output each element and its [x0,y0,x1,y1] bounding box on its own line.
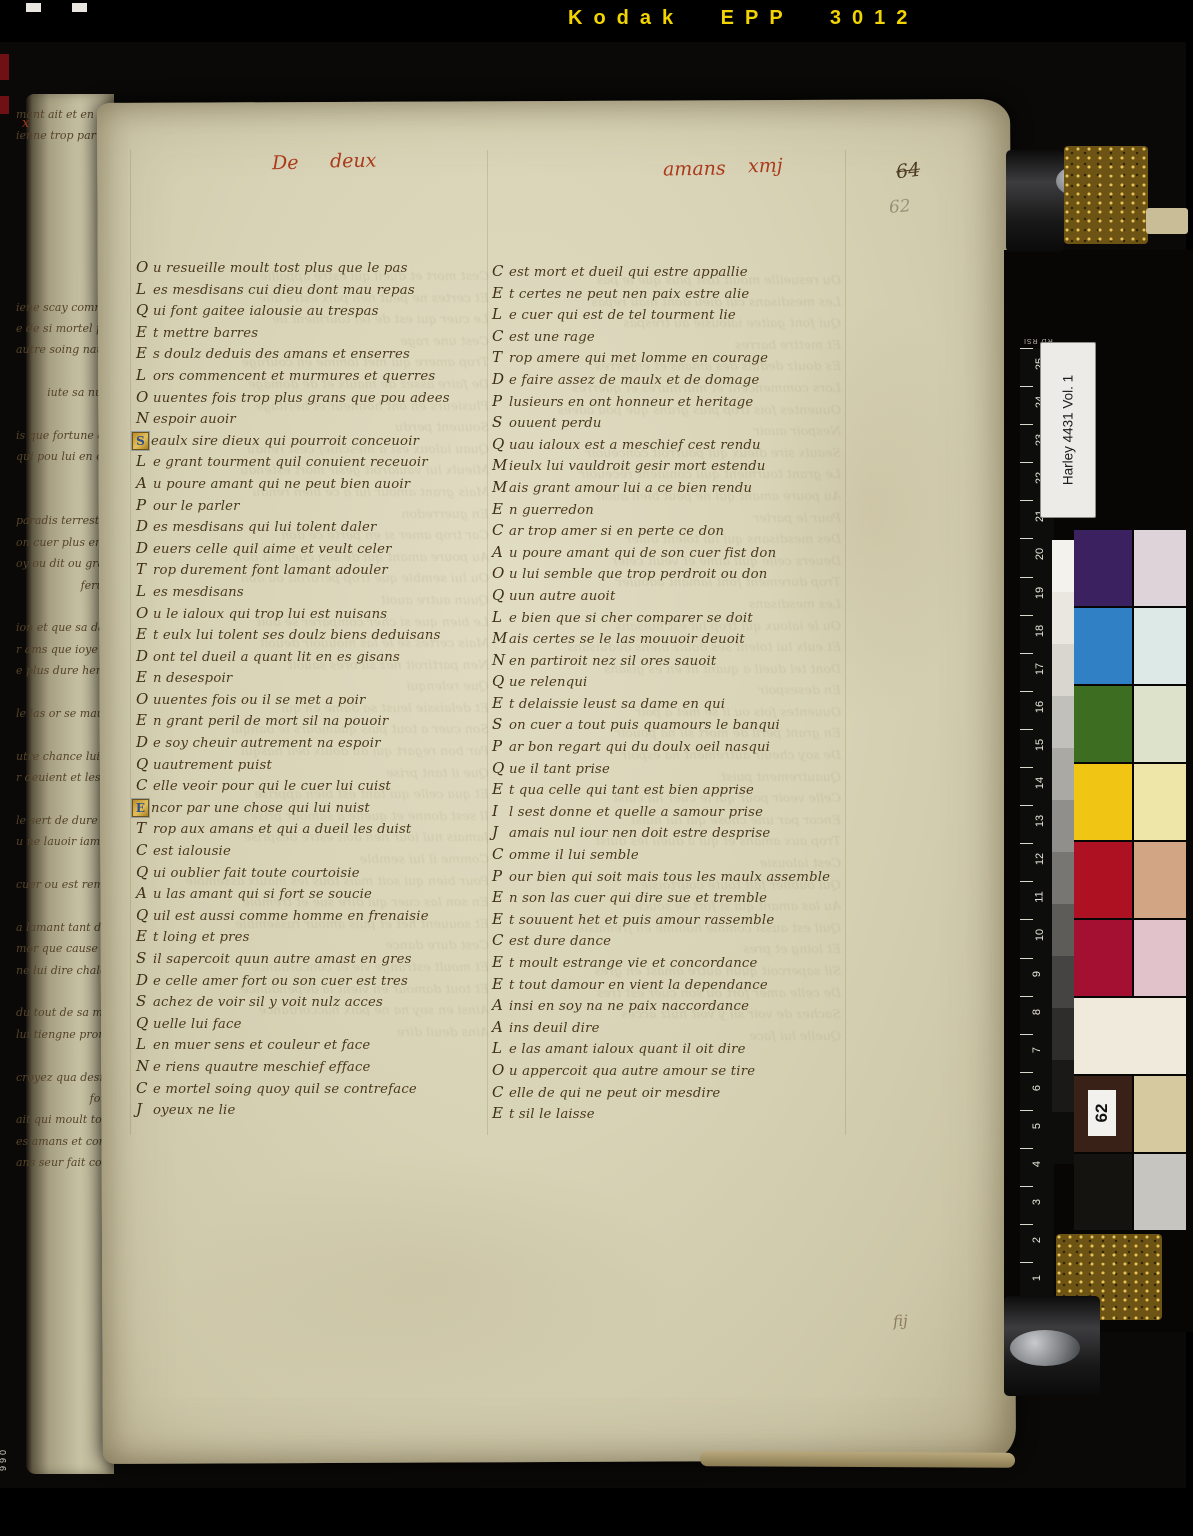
verse-text: uuentes fois ou il se met a poir [153,693,366,708]
verse-text: est mort et dueil qui estre appallie [509,265,748,280]
ruler-cell: 11 [1020,881,1054,919]
verse-initial: C [492,931,509,949]
running-header-word: xmj [748,155,783,178]
ruler-tick [1020,1262,1033,1263]
verse-initial: E [492,694,509,712]
grayscale-step [1052,956,1074,1008]
ruler-cell: 16 [1020,691,1054,729]
verse-text: our le parler [153,499,240,514]
verse-line: En grant peril de mort sil na pouoir [136,710,496,732]
verse-text: s doulz deduis des amans et enserres [153,347,410,362]
ruler-tick [1020,577,1033,578]
verse-line: Ainsi en soy na ne paix naccordance [492,995,852,1017]
verse-line: Pour bien qui soit mais tous les maulx a… [492,866,852,888]
verse-text: uelle lui face [153,1017,242,1032]
verse-initial: C [136,841,153,859]
verse-line: Le grant tourment quil conuient receuoir [136,451,496,473]
running-header-word: deux [330,150,377,173]
verse-text: t sil le laisse [509,1107,595,1122]
edge-fragment-line: qui pou lui en eschap [16,446,110,467]
verse-initial: E [136,668,153,686]
ruler-cell: 12 [1020,843,1054,881]
verse-initial: J [492,823,509,841]
edge-fragment-line: lui tiengne promis [16,1024,110,1045]
ruler-tick [1020,424,1033,425]
verse-initial: Q [136,906,153,924]
ruler-tick [1020,1110,1033,1111]
ruler-tick [1020,1224,1033,1225]
verse-initial: S [136,992,153,1010]
verse-line: Mais grant amour lui a ce bien rendu [492,477,852,499]
ruler-cell: 2 [1020,1224,1054,1262]
ruler-tick [1020,919,1033,920]
verse-line: Et certes ne peut nen paix estre alie [492,283,852,305]
verse-line: De faire assez de maulx et de domage [492,369,852,391]
page-corner-under-clamp [1146,208,1188,234]
verse-text: ar trop amer si en perte ce don [509,524,724,539]
ruler-tick [1020,348,1033,349]
ruler-cell: 7 [1020,1034,1054,1072]
color-patch-tint-purple [1134,530,1186,606]
verse-column-right: Cest mort et dueil qui estre appallieEt … [492,261,852,1131]
color-patch-tint-black [1134,1154,1186,1230]
ruler-cell: 13 [1020,805,1054,843]
verse-text: elle veoir pour qui le cuer lui cuist [153,779,391,794]
verse-text: uautrement puist [153,758,272,773]
ruler-tick [1020,958,1033,959]
ruler-cell: 3 [1020,1186,1054,1224]
verse-line: Nen partiroit nez sil ores sauoit [492,650,852,672]
verse-initial: C [492,262,509,280]
edge-fragment-line: iute sa nuit [16,382,110,403]
verse-text: uuentes fois trop plus grans que pou ade… [153,391,450,406]
verse-line: Cest ialousie [136,840,496,862]
verse-line: Joyeux ne lie [136,1099,496,1121]
verse-line: Sil sapercoit quun autre amast en gres [136,948,496,970]
verse-line: Es doulz deduis des amans et enserres [136,343,496,365]
ruler-tick [1020,843,1033,844]
verse-initial: S [136,949,153,967]
verse-line: Son cuer a tout puis quamours le banqui [492,714,852,736]
verse-text: e cuer qui est de tel tourment lie [509,308,736,323]
verse-initial: E [492,888,509,906]
verse-line: Il sest donne et quelle a samour prise [492,801,852,823]
verse-line: Celle veoir pour qui le cuer lui cuist [136,775,496,797]
ruler-tick [1020,996,1033,997]
ruler-cell: 4 [1020,1148,1054,1186]
verse-line: Au las amant qui si fort se soucie [136,883,496,905]
edge-fragment-line: mant ait et en fams [16,104,110,125]
verse-text: n guerredon [509,503,594,518]
verse-line: Le cuer qui est de tel tourment lie [492,304,852,326]
edge-fragment-line [16,489,110,510]
color-patch-row-brown: 62 [1074,1076,1186,1152]
verse-text: n son las cuer qui dire sue et tremble [509,891,767,906]
verse-line: Cest une rage [492,326,852,348]
verse-line: Que il tant prise [492,758,852,780]
verse-line: Jamais nul iour nen doit estre desprise [492,822,852,844]
illuminated-initial: E [132,799,149,817]
ruler-number: 11 [1034,892,1046,903]
verse-line: Que relenqui [492,671,852,693]
ruler-tick [1020,1148,1033,1149]
ruler-number: 13 [1034,815,1046,827]
edge-fragment-line [16,1045,110,1066]
verse-text: u resueille moult tost plus que le pas [153,261,408,276]
grayscale-step [1052,644,1074,696]
verse-text: t eulx lui tolent ses doulz biens deduis… [153,628,441,643]
verse-line: Celle de qui ne peut oir mesdire [492,1082,852,1104]
verse-initial: T [136,819,153,837]
color-patch-row-blue [1074,608,1186,684]
verse-line: Cest dure dance [492,930,852,952]
verse-text: u las amant qui si fort se soucie [153,887,372,902]
verse-initial: O [136,258,153,276]
verse-initial: Q [492,586,509,604]
verse-text: insi en soy na ne paix naccordance [509,999,749,1014]
verse-text: ais grant amour lui a ce bien rendu [509,481,752,496]
color-patch-row-white [1074,998,1186,1074]
verse-text: uau ialoux est a meschief cest rendu [509,438,761,453]
ruler-number: 1 [1031,1275,1043,1281]
grayscale-step [1052,696,1074,748]
verse-text: n desespoir [153,671,232,686]
verse-initial: S [492,413,509,431]
verse-line: Sachez de voir sil y voit nulz acces [136,991,496,1013]
verse-text: ins deuil dire [509,1021,600,1036]
verse-initial: T [136,560,153,578]
verse-line: En guerredon [492,499,852,521]
edge-fragment-line: es amans et conma [16,1131,110,1152]
verse-line: Souuent perdu [492,412,852,434]
shelfmark-label: Harley 4431 Vol. 1 [1040,342,1096,518]
verse-initial: C [136,1079,153,1097]
verse-initial: E [492,975,509,993]
verse-text: u le ialoux qui trop lui est nuisans [153,607,387,622]
edge-fragment-line: croyez qua desroy [16,1067,110,1088]
edge-fragment-line: ion et que sa dame si [16,617,110,638]
ruler-number: 17 [1034,663,1046,675]
verse-initial: S [492,715,509,733]
color-patch-row-green [1074,686,1186,762]
color-patch-row-black [1074,1154,1186,1230]
verse-text: es mesdisans cui dieu dont mau repas [153,283,415,298]
verse-line: Ouuentes fois ou il se met a poir [136,689,496,711]
ruler-cell: 18 [1020,615,1054,653]
ruler-number: 18 [1034,625,1046,637]
verse-line: En son las cuer qui dire sue et tremble [492,887,852,909]
edge-fragment-line [16,275,110,296]
ruler-cell: 5 [1020,1110,1054,1148]
verse-text: t certes ne peut nen paix estre alie [509,287,749,302]
verse-text: espoir auoir [153,412,236,427]
verse-line: Ne riens quautre meschief efface [136,1056,496,1078]
verse-line: Encor par une chose qui lui nuist [136,797,496,819]
registration-mark [72,3,87,12]
edge-fragment-line [16,789,110,810]
color-patch-tint-blue [1134,608,1186,684]
verse-line: Au poure amant qui de son cuer fist don [492,542,852,564]
running-header-word: De [272,152,299,174]
verse-initial: L [492,305,509,323]
verse-initial: O [492,1061,509,1079]
color-patch-yellow [1074,764,1132,840]
verse-text: ouuent perdu [509,416,602,431]
verse-line: Par bon regart qui du doulx oeil nasqui [492,736,852,758]
verse-line: Le las amant ialoux quant il oit dire [492,1038,852,1060]
ruler-number: 8 [1031,1009,1043,1015]
verse-line: Dont tel dueil a quant lit en es gisans [136,646,496,668]
color-patch-tint-green [1134,686,1186,762]
verse-initial: E [492,284,509,302]
verse-initial: E [136,625,153,643]
verse-text: t qua celle qui tant est bien apprise [509,783,754,798]
verse-text: eaulx sire dieux qui pourroit conceuoir [151,434,419,449]
verse-text: ue relenqui [509,675,587,690]
verse-text: es mesdisans qui lui tolent daler [153,520,377,535]
ruler-cell: 17 [1020,653,1054,691]
verse-initial: Q [492,672,509,690]
verse-initial: E [492,1104,509,1122]
edge-fragment-line: e de si mortel pointure [16,318,110,339]
verse-text: e soy cheuir autrement na espoir [153,736,381,751]
verse-line: Qui font gaitee ialousie au trespas [136,300,496,322]
ruler-cell: 20 [1020,538,1054,576]
edge-fragment-line: ne lui dire chalou [16,960,110,981]
verse-initial: L [136,280,153,298]
verse-initial: E [136,927,153,945]
edge-fragment-line [16,853,110,874]
verse-line: Au poure amant qui ne peut bien auoir [136,473,496,495]
verse-text: elle de qui ne peut oir mesdire [509,1086,720,1101]
verse-initial: M [492,478,509,496]
ruler-tick [1020,462,1033,463]
verse-line: Quau ialoux est a meschief cest rendu [492,434,852,456]
verse-text: e mortel soing quoy quil se contreface [153,1082,417,1097]
edge-fragment-line [16,254,110,275]
edge-fragment-line: fort [16,1088,110,1109]
verse-line: Comme il lui semble [492,844,852,866]
illuminated-initial: S [132,432,149,450]
verse-initial: O [492,564,509,582]
verse-line: Et delaissie leust sa dame en qui [492,693,852,715]
verse-text: ors commencent et murmures et querres [153,369,435,384]
verse-text: achez de voir sil y voit nulz acces [153,995,383,1010]
verse-initial: I [492,802,509,820]
edge-fragment-line: a lamant tant dalou [16,917,110,938]
gilded-page-edge-top [1064,146,1148,244]
verse-initial: O [136,690,153,708]
verse-text: t delaissie leust sa dame en qui [509,697,725,712]
color-patch-red [1074,842,1132,918]
edge-fragment-line: iene scay comme il a [16,297,110,318]
ruler-cell: 19 [1020,577,1054,615]
verse-line: Seaulx sire dieux qui pourroit conceuoir [136,430,496,452]
verse-text: en muer sens et couleur et face [153,1038,370,1053]
verse-column-left: Ou resueille moult tost plus que le pasL… [136,257,496,1127]
color-patch-row-red [1074,842,1186,918]
verse-line: Quun autre auoit [492,585,852,607]
edge-fragment-line [16,403,110,424]
edge-fragment-line: r deuient et les desfors [16,767,110,788]
edge-fragment-line [16,981,110,1002]
ruler-tick [1020,500,1033,501]
verse-initial: E [492,780,509,798]
edge-fragment-line: is que fortune depar [16,425,110,446]
verse-initial: D [492,370,509,388]
color-patch-tint-crimson [1134,920,1186,996]
ruler-cell: 6 [1020,1072,1054,1110]
verse-line: Ouuentes fois trop plus grans que pou ad… [136,387,496,409]
color-patch-brown: 62 [1074,1076,1132,1152]
verse-initial: Q [492,759,509,777]
verse-line: Trop durement font lamant adouler [136,559,496,581]
edge-fragment-line: du tout de sa mais [16,1002,110,1023]
book-clamp-top [1006,150,1064,252]
verse-initial: E [136,344,153,362]
ruler-number: 6 [1031,1085,1043,1091]
grayscale-strip [1052,540,1074,1164]
color-patch-crimson [1074,920,1132,996]
verse-initial: C [492,845,509,863]
verse-initial: M [492,629,509,647]
verse-text: rop amere qui met lomme en courage [509,351,768,366]
edge-fragment-line: mor que cause de do [16,938,110,959]
verse-line: Et loing et pres [136,926,496,948]
verse-line: Lors commencent et murmures et querres [136,365,496,387]
verse-text: oyeux ne lie [153,1103,235,1118]
verse-initial: D [136,733,153,751]
ruler-tick [1020,1034,1033,1035]
verse-initial: D [136,539,153,557]
verse-text: u lui semble que trop perdroit ou don [509,567,768,582]
verse-line: Et mettre barres [136,322,496,344]
verse-line: Deuers celle quil aime et veult celer [136,538,496,560]
verse-text: est une rage [509,330,595,345]
verse-line: Cest mort et dueil qui estre appallie [492,261,852,283]
ruler-tick [1020,653,1033,654]
struck-folio-number: 64 [895,159,922,184]
running-header-word: amans [663,157,726,180]
ruler-number: 14 [1034,777,1046,789]
color-patch-green [1074,686,1132,762]
verse-text: on cuer a tout puis quamours le banqui [509,718,780,733]
grayscale-step [1052,592,1074,644]
ruler-tick [1020,1072,1033,1073]
patch-number-label: 62 [1088,1090,1116,1136]
kodak-film-label: Kodak EPP 3012 [568,7,1008,30]
verse-initial: L [136,1035,153,1053]
verse-text: il sapercoit quun autre amast en gres [153,952,412,967]
verse-line: Quelle lui face [136,1013,496,1035]
edge-fragment-line: oy ou dit ou grant mal [16,553,110,574]
verse-initial: C [136,776,153,794]
verse-initial: P [492,737,509,755]
ruler-tick [1020,805,1033,806]
ruler-tick [1020,615,1033,616]
verse-initial: Q [136,863,153,881]
ruler-number: 9 [1031,970,1043,976]
verse-line: Plusieurs en ont honneur et heritage [492,391,852,413]
verse-initial: L [136,366,153,384]
color-patch-white [1074,998,1186,1074]
verse-initial: N [136,1057,153,1075]
edge-fragment-line [16,596,110,617]
ruler-tick [1020,729,1033,730]
film-bottom-strip [0,1488,1193,1536]
verse-line: Les mesdisans cui dieu dont mau repas [136,279,496,301]
verse-initial: Q [492,435,509,453]
ruling-line [130,150,131,1135]
verse-line: Et qua celle qui tant est bien apprise [492,779,852,801]
verse-text: ar bon regart qui du doulx oeil nasqui [509,740,770,755]
verse-text: t tout damour en vient la dependance [509,978,768,993]
verse-text: uun autre auoit [509,589,615,604]
verse-initial: M [492,456,509,474]
color-patch-purple [1074,530,1132,606]
verse-text: lusieurs en ont honneur et heritage [509,395,753,410]
verse-text: en partiroit nez sil ores sauoit [509,654,716,669]
verse-initial: N [492,651,509,669]
verse-line: Quil est aussi comme homme en frenaisie [136,905,496,927]
verse-line: Et moult estrange vie et concordance [492,952,852,974]
verse-line: Nespoir auoir [136,408,496,430]
ruler-tick [1020,386,1033,387]
verse-initial: D [136,971,153,989]
verse-text: ui oublier fait toute courtoisie [153,866,360,881]
verse-line: Mieulx lui vauldroit gesir mort estendu [492,455,852,477]
edge-fragment-line [16,361,110,382]
verse-line: De soy cheuir autrement na espoir [136,732,496,754]
verse-text: ncor par une chose qui lui nuist [151,801,370,816]
ruler-cell: 9 [1020,958,1054,996]
ruler-cell: 14 [1020,767,1054,805]
verse-line: Les mesdisans [136,581,496,603]
edge-fragment-line: re [16,468,110,489]
ruler-number: 10 [1034,929,1046,941]
edge-fragment-line [16,190,110,211]
verse-initial: C [492,327,509,345]
verse-initial: P [492,867,509,885]
patch-number-text: 62 [1092,1104,1112,1123]
verse-text: e faire assez de maulx et de domage [509,373,759,388]
ruler-tick [1020,538,1033,539]
edge-fragment-line: ienne trop par mame [16,125,110,146]
verse-text: u appercoit qua autre amour se tire [509,1064,755,1079]
ruler-number: 7 [1031,1047,1043,1053]
color-patch-tint-yellow [1134,764,1186,840]
edge-fragment-line: ferue [16,575,110,596]
verse-initial: A [492,543,509,561]
verse-initial: L [136,452,153,470]
ruler-number: 19 [1034,586,1046,598]
verse-text: e celle amer fort ou son cuer est tres [153,974,408,989]
edge-fragment-line [16,895,110,916]
verse-text: ieulx lui vauldroit gesir mort estendu [509,459,766,474]
clamp-screw-bottom [1010,1330,1080,1366]
verse-initial: O [136,388,153,406]
verse-text: e grant tourment quil conuient receuoir [153,455,428,470]
color-patch-row-purple [1074,530,1186,606]
verse-text: ais certes se le las mouuoir deuoit [509,632,745,647]
verse-text: rop aux amans et qui a dueil les duist [153,822,411,837]
verse-line: Mais certes se le las mouuoir deuoit [492,628,852,650]
verse-text: our bien qui soit mais tous les maulx as… [509,870,830,885]
ruler-number: 3 [1031,1199,1043,1205]
verse-initial: C [492,1083,509,1101]
verse-initial: L [492,608,509,626]
verse-text: amais nul iour nen doit estre desprise [509,826,770,841]
